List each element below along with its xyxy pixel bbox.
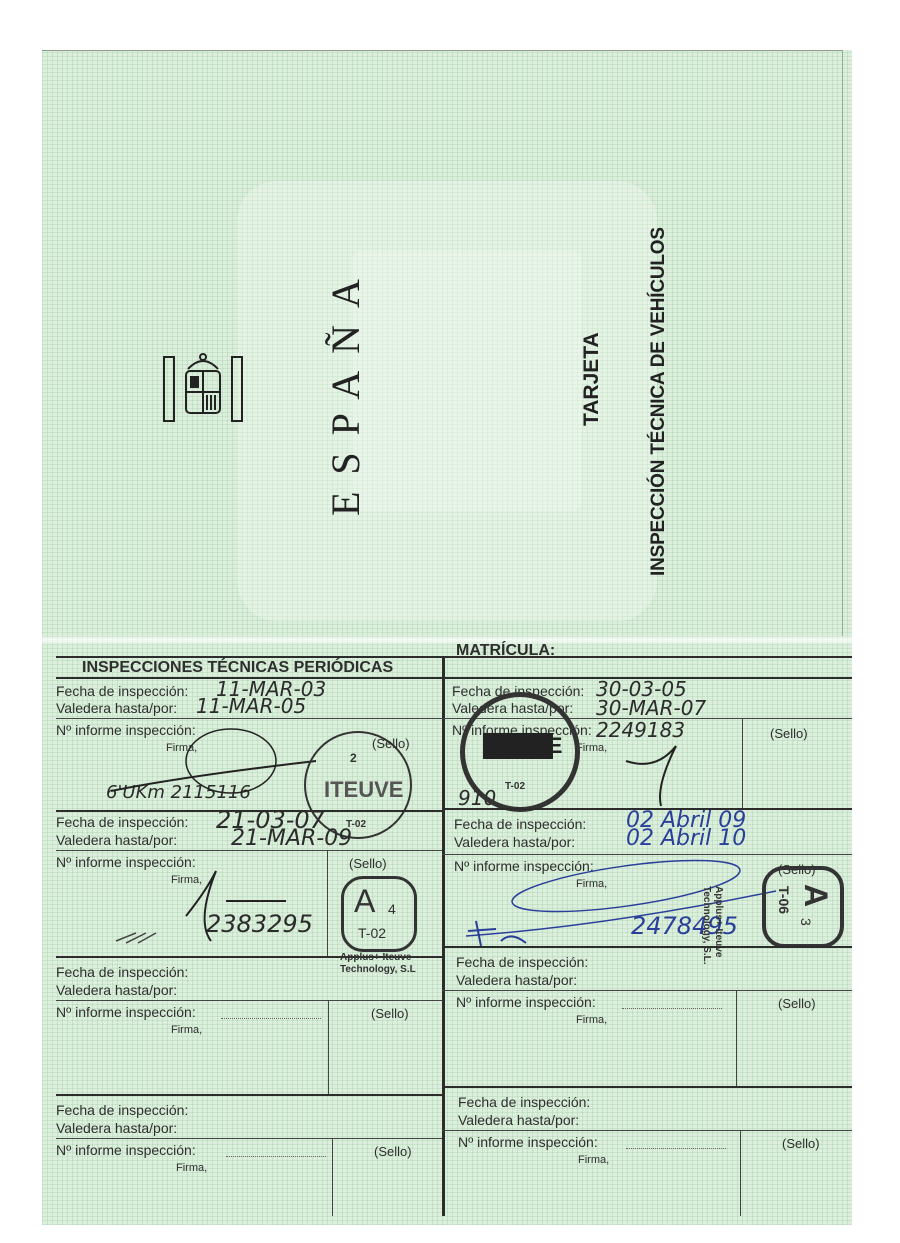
- label-valedera: Valedera hasta/por:: [454, 834, 575, 850]
- grid-rule: [442, 1130, 852, 1131]
- fold-crease: [42, 635, 852, 645]
- valedera-value: 21-MAR-09: [231, 826, 352, 851]
- label-sello: (Sello): [778, 996, 816, 1011]
- label-valedera: Valedera hasta/por:: [456, 972, 577, 988]
- signature-scribble: [96, 861, 296, 951]
- inspection-grid: INSPECCIONES TÉCNICAS PERIÓDICAS MATRÍCU…: [56, 656, 852, 1216]
- sello-divider: [742, 718, 743, 808]
- iteuve-round-stamp: ITEUVE T-02: [460, 692, 580, 812]
- card-subtitle: INSPECCIÓN TÉCNICA DE VEHÍCULOS: [648, 227, 670, 576]
- card-title: TARJETA: [580, 332, 604, 426]
- sello-divider: [736, 990, 737, 1086]
- label-valedera: Valedera hasta/por:: [458, 1112, 579, 1128]
- sello-divider: [327, 850, 328, 956]
- stamp-company: Applus+ Iteuve Technology, S.L.: [700, 886, 724, 976]
- grid-rule: [56, 1000, 442, 1001]
- label-informe: Nº informe inspección:: [56, 1004, 196, 1020]
- informe-dotted-line: [626, 1148, 726, 1149]
- valedera-value: 02 Abril 10: [626, 826, 746, 851]
- label-informe: Nº informe inspección:: [456, 994, 596, 1010]
- matricula-header: MATRÍCULA:: [456, 642, 555, 660]
- left-header: INSPECCIONES TÉCNICAS PERIÓDICAS: [82, 659, 393, 677]
- label-valedera: Valedera hasta/por:: [56, 1120, 177, 1136]
- country-name: ESPAÑA: [322, 262, 369, 516]
- sello-divider: [740, 1130, 741, 1216]
- applus-square-stamp: A 3 T-06: [762, 866, 844, 948]
- label-firma: Firma,: [171, 1024, 202, 1036]
- sello-divider: [328, 1000, 329, 1094]
- informe-dotted-line: [226, 1156, 326, 1157]
- spain-coat-of-arms-icon: [160, 349, 246, 429]
- grid-rule: [442, 1086, 852, 1088]
- label-fecha: Fecha de inspección:: [458, 1094, 590, 1110]
- label-valedera: Valedera hasta/por:: [56, 982, 177, 998]
- label-informe: Nº informe inspección:: [56, 1142, 196, 1158]
- stamp-company: Applus+ Iteuve Technology, S.L: [340, 952, 430, 976]
- grid-center-divider: [442, 656, 445, 1216]
- label-sello: (Sello): [782, 1136, 820, 1151]
- sello-divider: [332, 1138, 333, 1216]
- signature-scribble: [456, 851, 786, 951]
- label-fecha: Fecha de inspección:: [56, 964, 188, 980]
- grid-rule: [56, 677, 852, 679]
- label-fecha: Fecha de inspección:: [456, 954, 588, 970]
- valedera-value: 30-MAR-07: [596, 696, 706, 720]
- label-informe: Nº informe inspección:: [458, 1134, 598, 1150]
- label-fecha: Fecha de inspección:: [56, 814, 188, 830]
- applus-square-stamp: A 4 T-02: [341, 876, 417, 952]
- label-firma: Firma,: [576, 742, 607, 754]
- informe-dotted-line: [622, 1008, 722, 1009]
- grid-rule: [442, 946, 852, 948]
- watermark-shield: [352, 251, 582, 511]
- grid-rule: [442, 990, 852, 991]
- grid-rule: [56, 1094, 442, 1096]
- label-sello: (Sello): [374, 1144, 412, 1159]
- itv-card: ESPAÑA TARJETA INSPECCIÓN TÉCNICA DE VEH…: [42, 50, 852, 1225]
- label-fecha: Fecha de inspección:: [454, 816, 586, 832]
- label-fecha: Fecha de inspección:: [56, 683, 188, 699]
- signature-scribble: [616, 726, 696, 811]
- label-firma: Firma,: [578, 1154, 609, 1166]
- card-cover: ESPAÑA TARJETA INSPECCIÓN TÉCNICA DE VEH…: [42, 50, 843, 636]
- grid-rule: [56, 1138, 442, 1139]
- label-sello: (Sello): [372, 736, 410, 751]
- label-sello: (Sello): [371, 1006, 409, 1021]
- label-valedera: Valedera hasta/por:: [56, 700, 177, 716]
- label-firma: Firma,: [576, 1014, 607, 1026]
- signature-scribble: [106, 721, 326, 801]
- label-valedera: Valedera hasta/por:: [56, 832, 177, 848]
- grid-rule: [56, 718, 442, 719]
- grid-rule: [56, 656, 852, 658]
- informe-dotted-line: [221, 1018, 321, 1019]
- label-sello: (Sello): [349, 856, 387, 871]
- label-firma: Firma,: [176, 1162, 207, 1174]
- label-fecha: Fecha de inspección:: [56, 1102, 188, 1118]
- valedera-value: 11-MAR-05: [196, 694, 306, 718]
- label-sello: (Sello): [770, 726, 808, 741]
